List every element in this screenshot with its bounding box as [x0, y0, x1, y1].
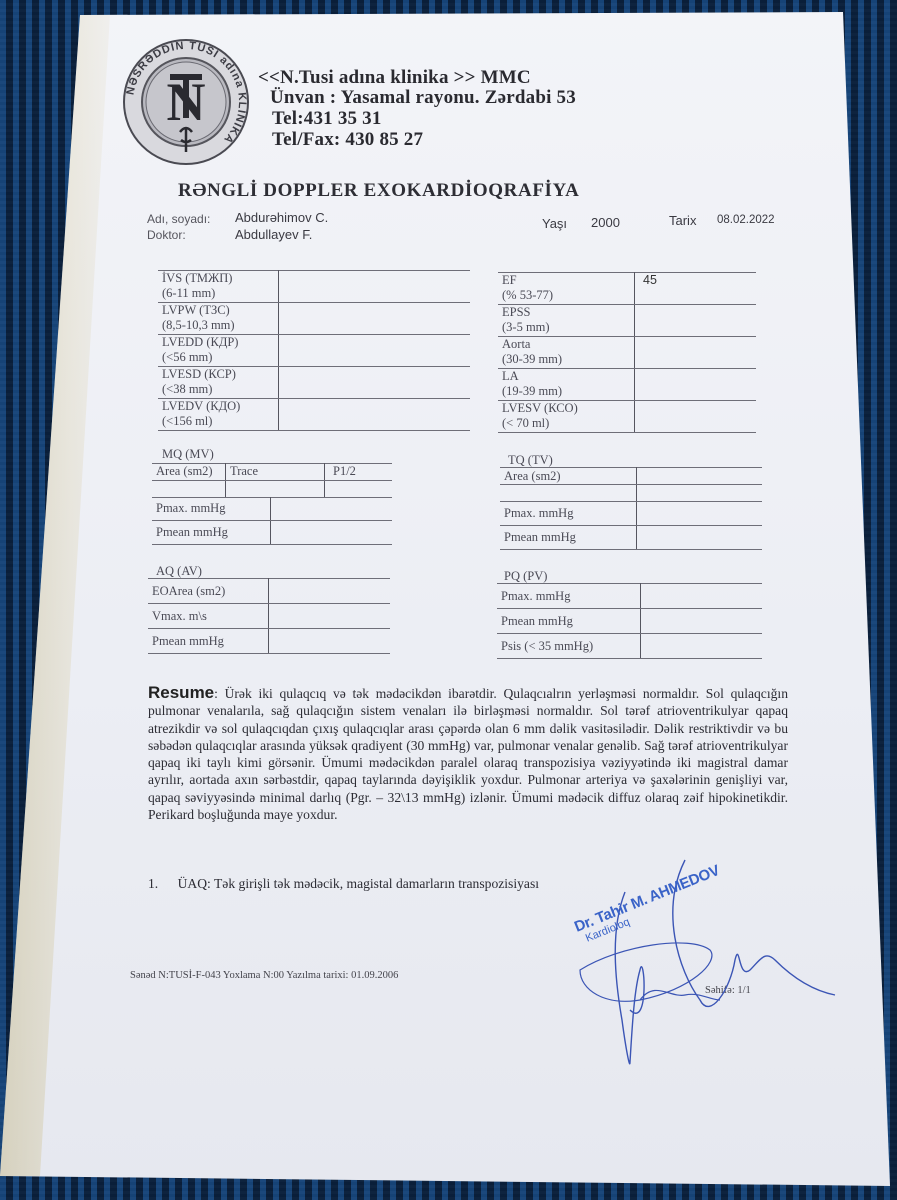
measurement-row: EPSS(3-5 mm)	[498, 305, 756, 337]
row-label: Pmax. mmHg	[152, 497, 271, 521]
measurement-row: LVESV (КСО)(< 70 ml)	[498, 401, 756, 433]
mv-header-area: Area (sm2)	[152, 464, 226, 481]
document-title: RƏNGLİ DOPPLER EXOKARDİOQRAFİYA	[178, 180, 579, 202]
mv-trace-value	[226, 481, 325, 498]
measurement-range: (30-39 mm)	[502, 352, 630, 367]
measurement-range: (<156 ml)	[162, 414, 274, 429]
measurement-value	[635, 401, 757, 433]
table-row: Pmax. mmHg	[497, 584, 762, 609]
pv-section-title: PQ (PV)	[504, 569, 547, 584]
row-value	[637, 468, 763, 485]
row-label: Pmean mmHg	[152, 521, 271, 545]
resume-paragraph: Resume: Ürək iki qulaqcıq və tək mədəcik…	[148, 684, 788, 823]
mv-section-title: MQ (MV)	[162, 447, 214, 462]
clinic-tel: Tel:431 35 31	[272, 108, 382, 130]
row-value	[269, 604, 391, 629]
measurement-range: (<56 mm)	[162, 350, 274, 365]
row-value	[641, 609, 763, 634]
row-label: Vmax. m\s	[148, 604, 269, 629]
row-label: Area (sm2)	[500, 468, 637, 485]
av-table: EOArea (sm2)Vmax. m\sPmean mmHg	[148, 578, 390, 654]
clinic-fax: Tel/Fax: 430 85 27	[272, 129, 423, 151]
patient-name-label: Adı, soyadı:	[147, 212, 210, 226]
table-row: Vmax. m\s	[148, 604, 390, 629]
row-label	[500, 485, 637, 502]
mv-area-table: Area (sm2) Trace P1/2	[152, 463, 392, 498]
row-value	[637, 526, 763, 550]
row-value	[271, 521, 393, 545]
row-value	[641, 634, 763, 659]
measurement-name: EF	[502, 273, 630, 288]
measurement-value	[279, 335, 471, 367]
row-value	[637, 485, 763, 502]
measurement-name: LVESD (КСР)	[162, 367, 274, 382]
mv-pressure-table: Pmax. mmHgPmean mmHg	[152, 497, 392, 545]
table-row: Psis (< 35 mmHg)	[497, 634, 762, 659]
row-label: Psis (< 35 mmHg)	[497, 634, 641, 659]
age-value: 2000	[591, 215, 620, 230]
date-label: Tarix	[669, 213, 696, 228]
row-value	[269, 629, 391, 654]
table-row: Pmax. mmHg	[152, 497, 392, 521]
row-label: Pmax. mmHg	[500, 502, 637, 526]
pv-table: Pmax. mmHgPmean mmHgPsis (< 35 mmHg)	[497, 583, 762, 659]
measurement-label: LA(19-39 mm)	[498, 369, 635, 401]
resume-text: : Ürək iki qulaqcıq və tək mədəcikdən ib…	[148, 686, 788, 822]
mv-header-p12: P1/2	[325, 464, 393, 481]
measurement-range: (<38 mm)	[162, 382, 274, 397]
measurement-value	[635, 305, 757, 337]
document-info-footer: Sənəd N:TUSİ-F-043 Yoxlama N:00 Yazılma …	[130, 970, 398, 981]
measurement-label: LVESV (КСО)(< 70 ml)	[498, 401, 635, 433]
measurement-row: LVPW (ТЗС)(8,5-10,3 mm)	[158, 303, 470, 335]
measurement-value	[279, 399, 471, 431]
measurement-name: EPSS	[502, 305, 630, 320]
measurement-row: LVESD (КСР)(<38 mm)	[158, 367, 470, 399]
measurement-name: LVEDD (КДР)	[162, 335, 274, 350]
row-label: EOArea (sm2)	[148, 579, 269, 604]
av-section-title: AQ (AV)	[156, 564, 202, 579]
measurement-name: İVS (ТМЖП)	[162, 271, 274, 286]
measurement-row: LVEDD (КДР)(<56 mm)	[158, 335, 470, 367]
clinic-address: Ünvan : Yasamal rayonu. Zərdabi 53	[270, 87, 576, 109]
measurement-row: LA(19-39 mm)	[498, 369, 756, 401]
measurement-range: (6-11 mm)	[162, 286, 274, 301]
doctor-value: Abdullayev F.	[235, 227, 312, 242]
table-row: Pmean mmHg	[497, 609, 762, 634]
doctor-label: Doktor:	[147, 228, 186, 242]
measurement-range: (% 53-77)	[502, 288, 630, 303]
measurement-row: EF(% 53-77)45	[498, 273, 756, 305]
measurement-value	[635, 369, 757, 401]
measurement-name: LVEDV (КДО)	[162, 399, 274, 414]
measurement-value	[279, 303, 471, 335]
row-label: Pmean mmHg	[500, 526, 637, 550]
tv-section-title: TQ (TV)	[508, 453, 553, 468]
table-row: Area (sm2)	[500, 468, 762, 485]
measurement-name: Aorta	[502, 337, 630, 352]
measurement-row: LVEDV (КДО)(<156 ml)	[158, 399, 470, 431]
measurement-label: LVEDD (КДР)(<56 mm)	[158, 335, 279, 367]
measurement-label: LVPW (ТЗС)(8,5-10,3 mm)	[158, 303, 279, 335]
measurement-label: LVESD (КСР)(<38 mm)	[158, 367, 279, 399]
table-row	[500, 485, 762, 502]
measurement-range: (< 70 ml)	[502, 416, 630, 431]
measurement-name: LA	[502, 369, 630, 384]
conclusion-item: 1. ÜAQ: Tək girişli tək mədəcik, magista…	[148, 876, 539, 892]
conclusion-number: 1.	[148, 876, 158, 891]
right-measurements-table: EF(% 53-77)45EPSS(3-5 mm)Aorta(30-39 mm)…	[498, 272, 756, 433]
patient-name-value: Abdurəhimov C.	[235, 210, 328, 225]
row-label: Pmean mmHg	[497, 609, 641, 634]
measurement-value	[279, 367, 471, 399]
table-row: Pmax. mmHg	[500, 502, 762, 526]
mv-area-value	[152, 481, 226, 498]
row-value	[637, 502, 763, 526]
left-measurements-table: İVS (ТМЖП)(6-11 mm)LVPW (ТЗС)(8,5-10,3 m…	[158, 270, 470, 431]
age-label: Yaşı	[542, 216, 567, 231]
measurement-name: LVESV (КСО)	[502, 401, 630, 416]
date-value: 08.02.2022	[717, 214, 775, 226]
mv-p12-value	[325, 481, 393, 498]
measurement-name: LVPW (ТЗС)	[162, 303, 274, 318]
measurement-value	[635, 337, 757, 369]
table-row: Pmean mmHg	[152, 521, 392, 545]
row-value	[641, 584, 763, 609]
measurement-value: 45	[635, 273, 757, 305]
measurement-label: EF(% 53-77)	[498, 273, 635, 305]
row-value	[269, 579, 391, 604]
measurement-label: LVEDV (КДО)(<156 ml)	[158, 399, 279, 431]
measurement-row: İVS (ТМЖП)(6-11 mm)	[158, 271, 470, 303]
tv-table: Area (sm2)Pmax. mmHgPmean mmHg	[500, 467, 762, 550]
measurement-range: (3-5 mm)	[502, 320, 630, 335]
measurement-label: İVS (ТМЖП)(6-11 mm)	[158, 271, 279, 303]
clinic-logo-icon: NƏSRƏDDİN TUSİ adına KLİNİKA N	[120, 36, 252, 168]
row-value	[271, 497, 393, 521]
row-label: Pmean mmHg	[148, 629, 269, 654]
measurement-value	[279, 271, 471, 303]
conclusion-text: ÜAQ: Tək girişli tək mədəcik, magistal d…	[178, 876, 539, 891]
measurement-row: Aorta(30-39 mm)	[498, 337, 756, 369]
measurement-label: EPSS(3-5 mm)	[498, 305, 635, 337]
measurement-label: Aorta(30-39 mm)	[498, 337, 635, 369]
resume-label: Resume	[148, 683, 214, 702]
row-label: Pmax. mmHg	[497, 584, 641, 609]
measurement-range: (19-39 mm)	[502, 384, 630, 399]
clinic-name: <<N.Tusi adına klinika >> MMC	[258, 67, 531, 89]
table-row: Pmean mmHg	[148, 629, 390, 654]
table-row: EOArea (sm2)	[148, 579, 390, 604]
measurement-range: (8,5-10,3 mm)	[162, 318, 274, 333]
table-row: Pmean mmHg	[500, 526, 762, 550]
mv-header-trace: Trace	[226, 464, 325, 481]
